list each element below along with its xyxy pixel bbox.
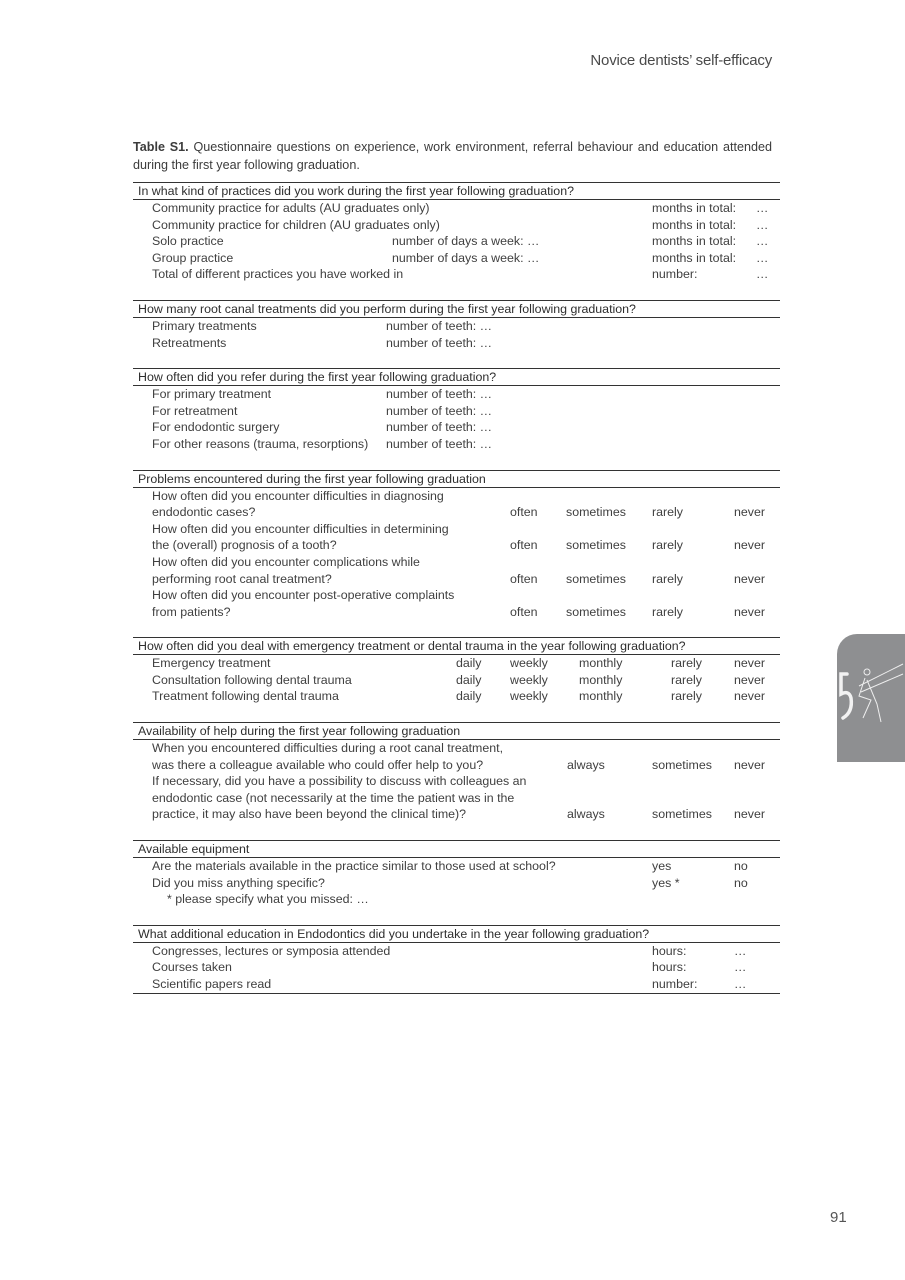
row-value: … xyxy=(756,217,768,234)
table-row: Group practicenumber of days a week: …mo… xyxy=(133,250,780,267)
row-value: … xyxy=(756,200,768,217)
option-daily[interactable]: daily xyxy=(456,655,481,672)
section-emergency: How often did you deal with emergency tr… xyxy=(133,637,780,722)
section-title: Available equipment xyxy=(133,841,780,858)
option-rarely[interactable]: rarely xyxy=(652,604,683,621)
row-unit: months in total: xyxy=(652,200,736,217)
table-row: Did you miss anything specific?yes *no xyxy=(133,875,780,892)
row-label: Solo practice xyxy=(152,233,224,250)
section-equipment: Available equipment Are the materials av… xyxy=(133,840,780,925)
option-often[interactable]: often xyxy=(510,604,538,621)
table-row: Treatment following dental traumadailywe… xyxy=(133,688,780,705)
chapter-figure-icon xyxy=(837,634,905,762)
row-unit: months in total: xyxy=(652,250,736,267)
row-label: Retreatments xyxy=(152,335,226,352)
option-weekly[interactable]: weekly xyxy=(510,688,548,705)
table-row: If necessary, did you have a possibility… xyxy=(133,773,780,790)
row-label: Group practice xyxy=(152,250,233,267)
option-rarely[interactable]: rarely xyxy=(671,688,702,705)
table-row: Courses takenhours:… xyxy=(133,959,780,976)
option-sometimes[interactable]: sometimes xyxy=(652,757,712,774)
question-text: from patients? xyxy=(152,604,231,621)
option-rarely[interactable]: rarely xyxy=(652,504,683,521)
row-label: Community practice for adults (AU gradua… xyxy=(152,200,430,217)
table-row: For endodontic surgerynumber of teeth: … xyxy=(133,419,780,436)
row-teeth: number of teeth: … xyxy=(386,386,492,403)
row-label: Community practice for children (AU grad… xyxy=(152,217,440,234)
row-label: Consultation following dental trauma xyxy=(152,672,352,689)
table-row: How often did you encounter difficulties… xyxy=(133,488,780,505)
section-title: Problems encountered during the first ye… xyxy=(133,471,780,488)
question-text: If necessary, did you have a possibility… xyxy=(152,773,526,790)
option-sometimes[interactable]: sometimes xyxy=(566,537,626,554)
caption-label: Table S1. xyxy=(133,140,189,154)
row-value: … xyxy=(756,250,768,267)
question-text: endodontic cases? xyxy=(152,504,255,521)
row-teeth: number of teeth: … xyxy=(386,318,492,335)
row-unit: number: xyxy=(652,976,697,993)
option-always[interactable]: always xyxy=(567,806,605,823)
row-unit: number: xyxy=(652,266,697,283)
row-label: For retreatment xyxy=(152,403,237,420)
row-label: Emergency treatment xyxy=(152,655,270,672)
row-unit: months in total: xyxy=(652,217,736,234)
section-practices: In what kind of practices did you work d… xyxy=(133,182,780,300)
question-text: How often did you encounter complication… xyxy=(152,554,420,571)
question-text: was there a colleague available who coul… xyxy=(152,757,483,774)
question-text: How often did you encounter difficulties… xyxy=(152,521,449,538)
row-label: Scientific papers read xyxy=(152,976,271,993)
option-often[interactable]: often xyxy=(510,504,538,521)
row-value: … xyxy=(756,233,768,250)
option-yes[interactable]: yes * xyxy=(652,875,680,892)
row-days: number of days a week: … xyxy=(392,233,539,250)
table-row: was there a colleague available who coul… xyxy=(133,757,780,774)
row-value: … xyxy=(756,266,768,283)
section-title: How often did you deal with emergency tr… xyxy=(133,638,780,655)
option-sometimes[interactable]: sometimes xyxy=(566,571,626,588)
option-rarely[interactable]: rarely xyxy=(671,672,702,689)
caption-text: Questionnaire questions on experience, w… xyxy=(133,140,772,172)
row-days: number of days a week: … xyxy=(392,250,539,267)
option-rarely[interactable]: rarely xyxy=(652,537,683,554)
option-monthly[interactable]: monthly xyxy=(579,655,622,672)
table-row: practice, it may also have been beyond t… xyxy=(133,806,780,823)
table-row: Emergency treatmentdailyweeklymonthlyrar… xyxy=(133,655,780,672)
option-monthly[interactable]: monthly xyxy=(579,672,622,689)
section-help-availability: Availability of help during the first ye… xyxy=(133,722,780,840)
table-row: Consultation following dental traumadail… xyxy=(133,672,780,689)
page-number: 91 xyxy=(830,1209,847,1226)
row-teeth: number of teeth: … xyxy=(386,436,492,453)
row-label: For endodontic surgery xyxy=(152,419,279,436)
table-row: Are the materials available in the pract… xyxy=(133,858,780,875)
table-row: Congresses, lectures or symposia attende… xyxy=(133,943,780,960)
option-no[interactable]: no xyxy=(734,858,748,875)
table-row: Community practice for children (AU grad… xyxy=(133,217,780,234)
section-title: How often did you refer during the first… xyxy=(133,369,780,386)
table-row: endodontic cases?oftensometimesrarelynev… xyxy=(133,504,780,521)
table-row: How often did you encounter difficulties… xyxy=(133,521,780,538)
option-sometimes[interactable]: sometimes xyxy=(566,504,626,521)
table-row: performing root canal treatment?oftensom… xyxy=(133,571,780,588)
table-row: Retreatmentsnumber of teeth: … xyxy=(133,335,780,352)
option-never[interactable]: never xyxy=(734,757,765,774)
row-teeth: number of teeth: … xyxy=(386,419,492,436)
table-row: the (overall) prognosis of a tooth?often… xyxy=(133,537,780,554)
row-unit: hours: xyxy=(652,959,686,976)
running-head: Novice dentists’ self-efficacy xyxy=(590,52,772,69)
section-title: How many root canal treatments did you p… xyxy=(133,301,780,318)
section-title: What additional education in Endodontics… xyxy=(133,926,780,943)
table-row: When you encountered difficulties during… xyxy=(133,740,780,757)
question-text: How often did you encounter post-operati… xyxy=(152,587,454,604)
question-text: the (overall) prognosis of a tooth? xyxy=(152,537,337,554)
table-row: Solo practicenumber of days a week: …mon… xyxy=(133,233,780,250)
row-label: Congresses, lectures or symposia attende… xyxy=(152,943,390,960)
option-sometimes[interactable]: sometimes xyxy=(566,604,626,621)
table-row: Community practice for adults (AU gradua… xyxy=(133,200,780,217)
table-caption: Table S1. Questionnaire questions on exp… xyxy=(133,138,772,174)
row-label: Treatment following dental trauma xyxy=(152,688,339,705)
table-row: Scientific papers readnumber:… xyxy=(133,976,780,993)
option-yes[interactable]: yes xyxy=(652,858,671,875)
table-row: For other reasons (trauma, resorptions)n… xyxy=(133,436,780,453)
row-label: For primary treatment xyxy=(152,386,271,403)
row-teeth: number of teeth: … xyxy=(386,335,492,352)
row-label: Did you miss anything specific? xyxy=(152,875,325,892)
question-text: practice, it may also have been beyond t… xyxy=(152,806,466,823)
table-row: Primary treatmentsnumber of teeth: … xyxy=(133,318,780,335)
row-unit: hours: xyxy=(652,943,686,960)
option-never[interactable]: never xyxy=(734,504,765,521)
chapter-tab xyxy=(837,634,905,762)
section-referrals: How often did you refer during the first… xyxy=(133,368,780,469)
table-row: For primary treatmentnumber of teeth: … xyxy=(133,386,780,403)
row-label: Primary treatments xyxy=(152,318,257,335)
option-never[interactable]: never xyxy=(734,537,765,554)
option-daily[interactable]: daily xyxy=(456,688,481,705)
table-row: endodontic case (not necessarily at the … xyxy=(133,790,780,807)
option-never[interactable]: never xyxy=(734,655,765,672)
option-weekly[interactable]: weekly xyxy=(510,655,548,672)
option-never[interactable]: never xyxy=(734,688,765,705)
option-weekly[interactable]: weekly xyxy=(510,672,548,689)
table-row: How often did you encounter complication… xyxy=(133,554,780,571)
note-text: * please specify what you missed: … xyxy=(167,891,369,908)
section-additional-education: What additional education in Endodontics… xyxy=(133,925,780,994)
row-label: Are the materials available in the pract… xyxy=(152,858,556,875)
specify-note: * please specify what you missed: … xyxy=(133,891,780,908)
option-often[interactable]: often xyxy=(510,571,538,588)
option-rarely[interactable]: rarely xyxy=(671,655,702,672)
section-problems: Problems encountered during the first ye… xyxy=(133,470,780,638)
option-never[interactable]: never xyxy=(734,571,765,588)
section-title: In what kind of practices did you work d… xyxy=(133,183,780,200)
row-label: Courses taken xyxy=(152,959,232,976)
option-often[interactable]: often xyxy=(510,537,538,554)
table-row: For retreatmentnumber of teeth: … xyxy=(133,403,780,420)
option-rarely[interactable]: rarely xyxy=(652,571,683,588)
option-always[interactable]: always xyxy=(567,757,605,774)
section-root-canal-treatments: How many root canal treatments did you p… xyxy=(133,300,780,368)
section-title: Availability of help during the first ye… xyxy=(133,723,780,740)
question-text: How often did you encounter difficulties… xyxy=(152,488,444,505)
option-daily[interactable]: daily xyxy=(456,672,481,689)
row-value: … xyxy=(734,959,746,976)
question-text: When you encountered difficulties during… xyxy=(152,740,503,757)
option-no[interactable]: no xyxy=(734,875,748,892)
option-never[interactable]: never xyxy=(734,672,765,689)
question-text: endodontic case (not necessarily at the … xyxy=(152,790,514,807)
option-monthly[interactable]: monthly xyxy=(579,688,622,705)
row-label: Total of different practices you have wo… xyxy=(152,266,403,283)
row-label: For other reasons (trauma, resorptions) xyxy=(152,436,368,453)
question-text: performing root canal treatment? xyxy=(152,571,332,588)
option-never[interactable]: never xyxy=(734,806,765,823)
option-sometimes[interactable]: sometimes xyxy=(652,806,712,823)
questionnaire-table: In what kind of practices did you work d… xyxy=(133,182,780,994)
table-row: from patients?oftensometimesrarelynever xyxy=(133,604,780,621)
row-value: … xyxy=(734,976,746,993)
row-teeth: number of teeth: … xyxy=(386,403,492,420)
option-never[interactable]: never xyxy=(734,604,765,621)
row-unit: months in total: xyxy=(652,233,736,250)
table-row: Total of different practices you have wo… xyxy=(133,266,780,283)
table-row: How often did you encounter post-operati… xyxy=(133,587,780,604)
row-value: … xyxy=(734,943,746,960)
